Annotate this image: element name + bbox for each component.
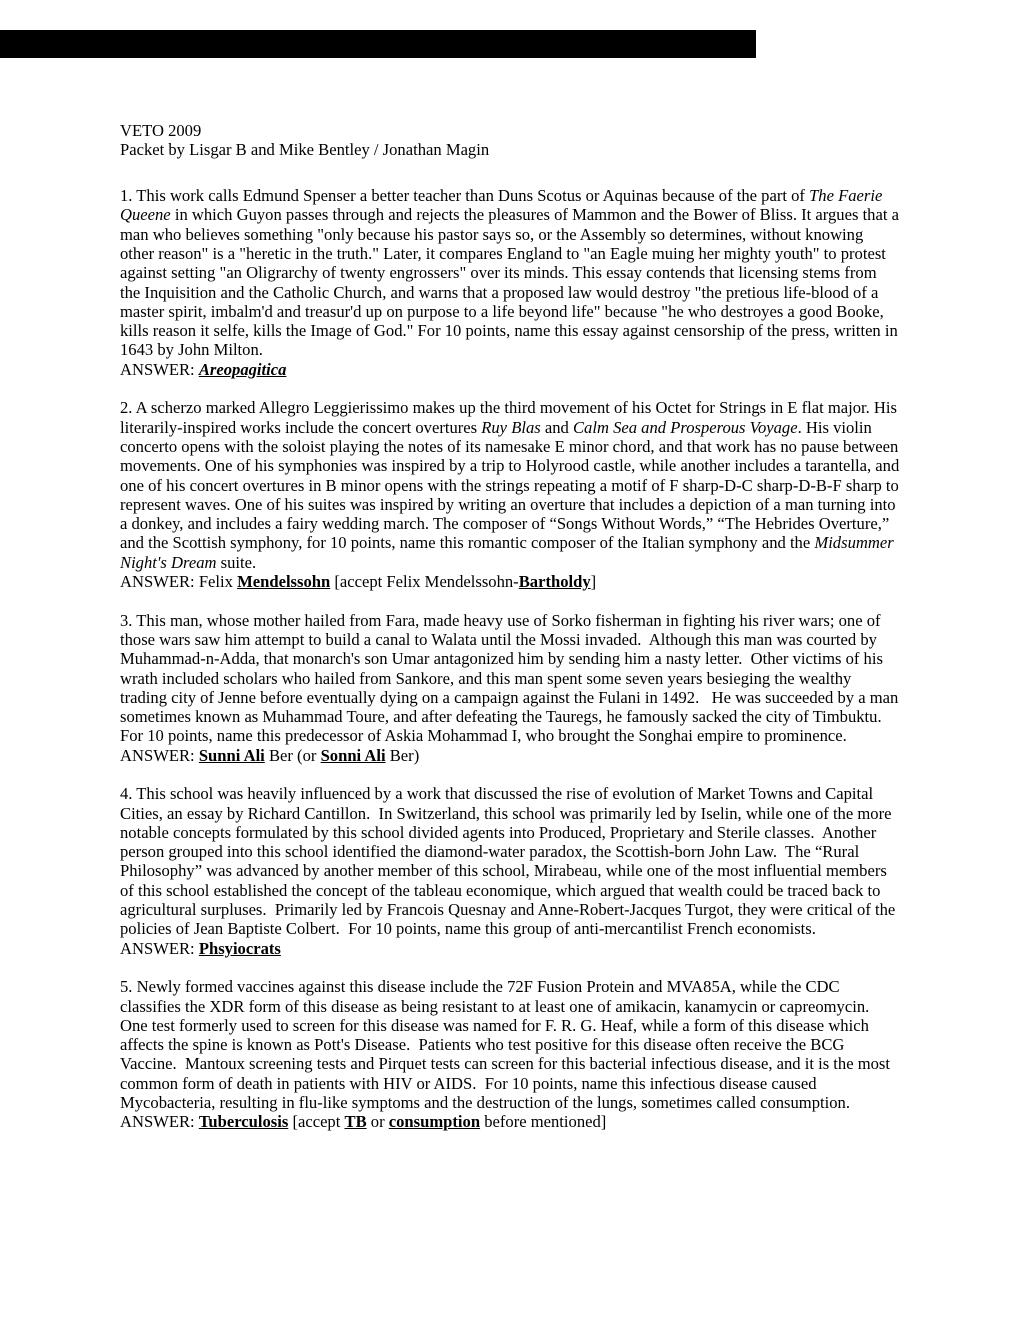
question-text: 5. Newly formed vaccines against this di… xyxy=(120,977,901,1112)
page-title: VETO 2009 xyxy=(120,121,901,140)
answer-line: ANSWER: Tuberculosis [accept TB or consu… xyxy=(120,1112,901,1131)
question-text: 2. A scherzo marked Allegro Leggierissim… xyxy=(120,398,901,572)
question-block-3: 3. This man, whose mother hailed from Fa… xyxy=(120,611,901,765)
black-header-bar xyxy=(0,30,756,58)
page-subtitle: Packet by Lisgar B and Mike Bentley / Jo… xyxy=(120,140,901,159)
question-block-5: 5. Newly formed vaccines against this di… xyxy=(120,977,901,1131)
answer-line: ANSWER: Phsyiocrats xyxy=(120,939,901,958)
question-text: 1. This work calls Edmund Spenser a bett… xyxy=(120,186,901,360)
document-page: VETO 2009 Packet by Lisgar B and Mike Be… xyxy=(120,121,901,1132)
question-text: 3. This man, whose mother hailed from Fa… xyxy=(120,611,901,746)
answer-line: ANSWER: Areopagitica xyxy=(120,360,901,379)
question-block-1: 1. This work calls Edmund Spenser a bett… xyxy=(120,186,901,379)
answer-line: ANSWER: Sunni Ali Ber (or Sonni Ali Ber) xyxy=(120,746,901,765)
question-block-4: 4. This school was heavily influenced by… xyxy=(120,784,901,958)
answer-line: ANSWER: Felix Mendelssohn [accept Felix … xyxy=(120,572,901,591)
question-block-2: 2. A scherzo marked Allegro Leggierissim… xyxy=(120,398,901,591)
question-text: 4. This school was heavily influenced by… xyxy=(120,784,901,938)
